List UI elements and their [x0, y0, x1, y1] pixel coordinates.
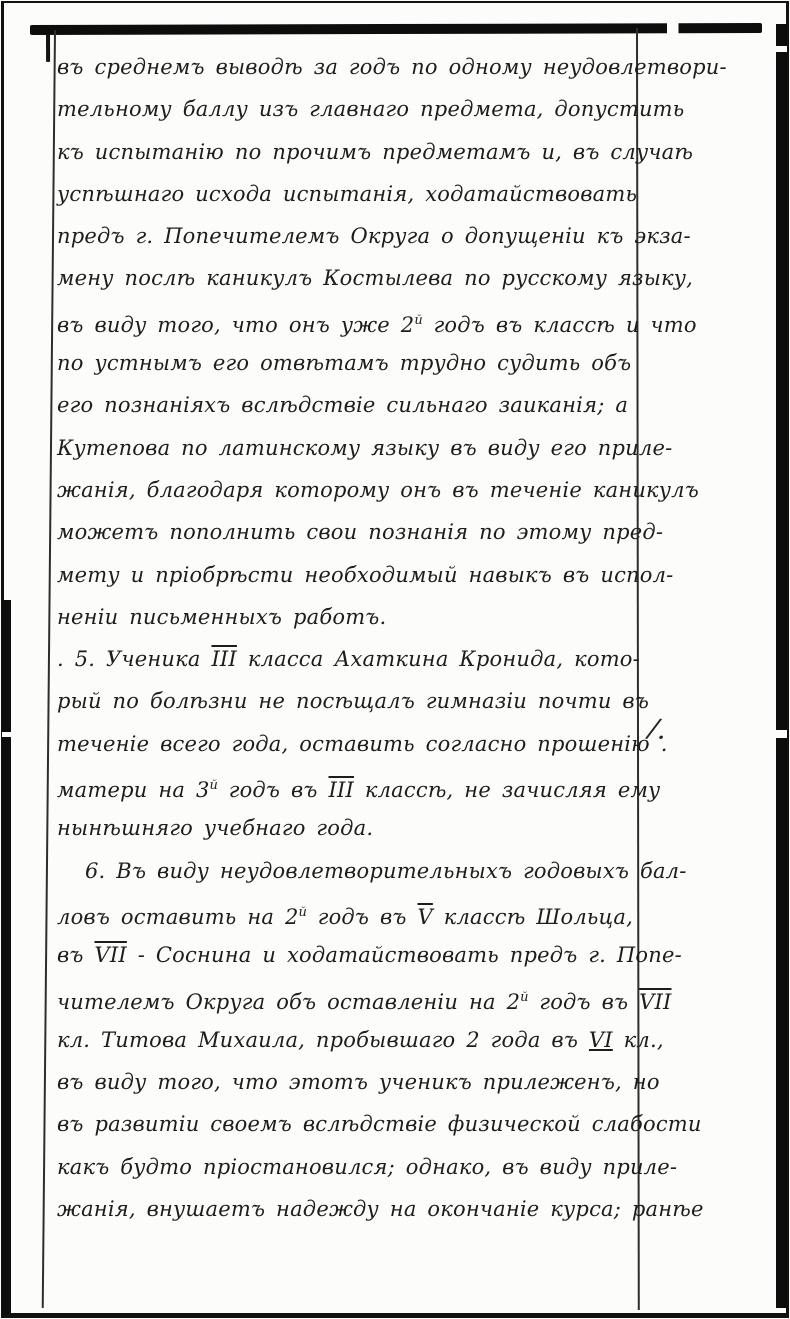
handwritten-line: ловъ оставить на 2й годъ въ V классѣ Шол… [57, 892, 643, 934]
handwritten-line: мену послѣ каникулъ Костылева по русском… [57, 257, 643, 299]
handwritten-line: теченіе всего года, оставить согласно пр… [57, 723, 643, 765]
handwritten-line: жанія, внушаетъ надежду на окончаніе кур… [57, 1188, 643, 1230]
handwritten-line: мету и пріобрѣсти необходимый навыкъ въ … [57, 554, 643, 596]
handwritten-line: матери на 3й годъ въ III классѣ, не зачи… [57, 765, 643, 807]
left-margin-rule [42, 30, 56, 1308]
handwritten-line: къ испытанію по прочимъ предметамъ и, въ… [57, 131, 643, 173]
handwritten-line: жанія, благодаря которому онъ въ теченіе… [57, 469, 643, 511]
handwritten-line: чителемъ Округа объ оставленіи на 2й год… [57, 977, 643, 1019]
handwritten-line: его познаніяхъ вслѣдствіе сильнаго заика… [57, 384, 643, 426]
handwritten-line: въ развитіи своемъ вслѣдствіе физической… [57, 1103, 643, 1145]
scanned-page: въ среднемъ выводѣ за годъ по одному неу… [0, 0, 790, 1319]
handwritten-line: въ VII - Соснина и ходатайствовать предъ… [57, 934, 643, 976]
handwritten-line: какъ будто пріостановился; однако, въ ви… [57, 1146, 643, 1188]
handwritten-line: по устнымъ его отвѣтамъ трудно судить об… [57, 342, 643, 384]
handwritten-line: . 5. Ученика III класса Ахаткина Кронида… [57, 638, 643, 680]
handwritten-line: успѣшнаго исхода испытанія, ходатайствов… [57, 173, 643, 215]
handwritten-line: рый по болѣзни не посѣщалъ гимназіи почт… [57, 680, 643, 722]
handwritten-line: въ виду того, что онъ уже 2й годъ въ кла… [57, 300, 643, 342]
handwritten-line: въ среднемъ выводѣ за годъ по одному неу… [57, 46, 643, 88]
left-edge-bar [2, 600, 11, 1314]
handwritten-line: кл. Титова Михаила, пробывшаго 2 года въ… [57, 1019, 643, 1061]
handwritten-line: предъ г. Попечителемъ Округа о допущеніи… [57, 215, 643, 257]
handwritten-line: Кутепова по латинскому языку въ виду его… [57, 427, 643, 469]
handwritten-line: тельному баллу изъ главнаго предмета, до… [57, 88, 643, 130]
handwritten-text: въ среднемъ выводѣ за годъ по одному неу… [57, 46, 643, 1230]
handwritten-line: неніи письменныхъ работъ. [57, 596, 643, 638]
handwritten-line: въ виду того, что этотъ ученикъ прилежен… [57, 1061, 643, 1103]
handwritten-line: можетъ пополнить свои познанія по этому … [57, 511, 643, 553]
right-edge-bar [776, 24, 787, 1308]
top-edge-bar [30, 23, 762, 35]
handwritten-line: 6. Въ виду неудовлетворительныхъ годовых… [57, 850, 643, 892]
handwritten-line: нынѣшняго учебнаго года. [57, 807, 643, 849]
